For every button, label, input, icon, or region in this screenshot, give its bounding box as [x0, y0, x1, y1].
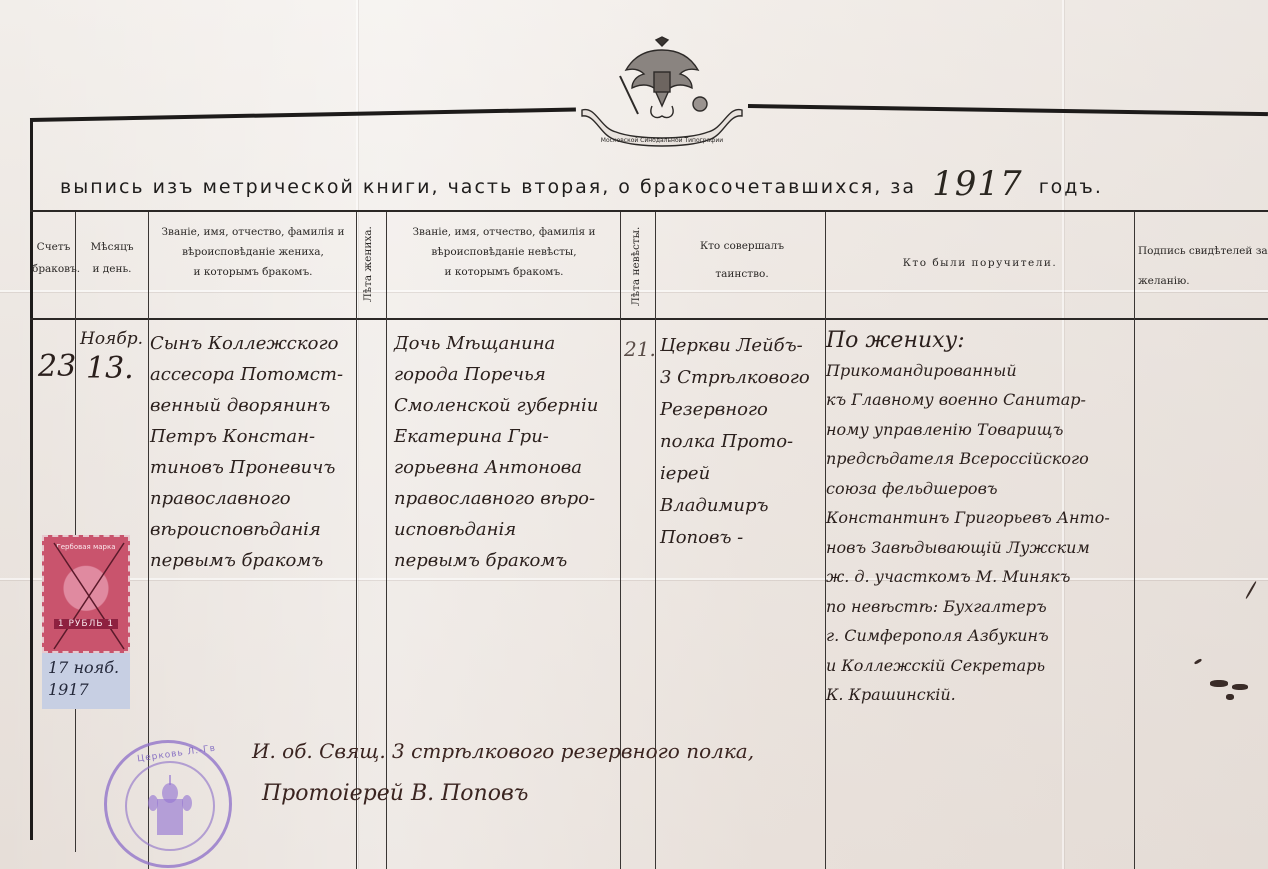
- bride-line: исповѣданія: [394, 514, 598, 545]
- guarantors-line: союза фельдшеровъ: [826, 474, 1110, 504]
- bride-line: горьевна Антонова: [394, 452, 598, 483]
- title-prefix: выпись изъ метрической книги, часть втор…: [60, 176, 916, 198]
- column-divider: [75, 212, 76, 852]
- header-line: Званіе, имя, отчество, фамилія и вѣроисп…: [152, 222, 354, 262]
- column-divider: [620, 212, 621, 869]
- groom-line: ассесора Потомст-: [150, 359, 343, 390]
- officiant-line: Поповъ -: [660, 522, 810, 554]
- bride-details: Дочь Мѣщанина города Поречья Смоленской …: [394, 328, 598, 576]
- header-line: Мѣсяцъ: [76, 236, 148, 258]
- bride-line: православного вѣро-: [394, 483, 598, 514]
- church-icon: [139, 771, 199, 841]
- officiant-details: Церкви Лейбъ- 3 Стрѣлкового Резервного п…: [660, 330, 810, 554]
- column-divider: [1134, 212, 1135, 869]
- groom-line: Петръ Констан-: [150, 421, 343, 452]
- bride-line: Дочь Мѣщанина: [394, 328, 598, 359]
- guarantors-line: г. Симферополя Азбукинъ: [826, 621, 1110, 651]
- column-header-bride: Званіе, имя, отчество, фамилія и вѣроисп…: [390, 222, 618, 282]
- bride-line: первымъ бракомъ: [394, 545, 598, 576]
- revenue-stamp-red: Гербовая марка 1 РУБЛЬ 1: [42, 535, 130, 653]
- header-line: и которымъ бракомъ.: [152, 262, 354, 282]
- guarantors-line: новъ Завѣдывающій Лужским: [826, 533, 1110, 563]
- priest-signature: Протоіерей В. Поповъ: [262, 778, 528, 809]
- title-year: 1917: [932, 164, 1023, 204]
- stamp-value: 1 РУБЛЬ 1: [54, 619, 118, 629]
- officiant-line: полка Прото-: [660, 426, 810, 458]
- frame-border-left: [30, 120, 33, 840]
- bride-line: Смоленской губерніи: [394, 390, 598, 421]
- guarantors-line: Прикомандированный: [826, 356, 1110, 386]
- title-suffix: годъ.: [1039, 176, 1103, 198]
- officiant-line: 3 Стрѣлкового: [660, 362, 810, 394]
- guarantors-line: къ Главному военно Санитар-: [826, 385, 1110, 415]
- header-line: Счетъ: [32, 236, 75, 258]
- officiant-line: Церкви Лейбъ-: [660, 330, 810, 362]
- ink-blot: [1226, 694, 1234, 700]
- church-seal: Церковь Л.-Гв. Стрѣлкового полка: [104, 740, 232, 868]
- header-line: браковъ.: [32, 258, 75, 280]
- groom-line: Сынъ Коллежского: [150, 328, 343, 359]
- groom-line: первымъ бракомъ: [150, 545, 343, 576]
- cancel-date-line: 1917: [48, 679, 130, 701]
- header-line: и которымъ бракомъ.: [390, 262, 618, 282]
- guarantors-line: по невѣстѣ: Бухгалтеръ: [826, 592, 1110, 622]
- groom-line: венный дворянинъ: [150, 390, 343, 421]
- footer-note: И. об. Свящ. 3 стрѣлкового резервного по…: [252, 736, 754, 767]
- column-header-bride-age: Лѣта невѣсты.: [630, 227, 642, 306]
- column-divider: [655, 212, 656, 869]
- guarantors-line: ному управленію Товарищъ: [826, 415, 1110, 445]
- column-header-num: Счетъ браковъ.: [32, 236, 75, 280]
- ink-blot: [1210, 680, 1228, 687]
- bride-line: города Поречья: [394, 359, 598, 390]
- groom-line: тиновъ Проневичъ: [150, 452, 343, 483]
- guarantors-line: предсѣдателя Всероссійского: [826, 444, 1110, 474]
- bride-line: Екатерина Гри-: [394, 421, 598, 452]
- column-header-groom: Званіе, имя, отчество, фамилія и вѣроисп…: [152, 222, 354, 282]
- groom-line: православного: [150, 483, 343, 514]
- guarantors-line: ж. д. участкомъ М. Минякъ: [826, 562, 1110, 592]
- groom-details: Сынъ Коллежского ассесора Потомст- венны…: [150, 328, 343, 576]
- double-headed-eagle-icon: Московской Синодальной Типографии: [576, 36, 748, 154]
- header-line: Кто совершалъ: [660, 232, 824, 260]
- entry-number: 23: [38, 350, 76, 384]
- ink-blot: [1232, 684, 1248, 690]
- guarantors-details: По жениху: Прикомандированный къ Главном…: [826, 326, 1110, 710]
- column-header-guarantors: Кто были поручители.: [830, 252, 1130, 274]
- header-line: таинство.: [660, 260, 824, 288]
- svg-text:Московской Синодальной Типогра: Московской Синодальной Типографии: [601, 137, 723, 144]
- revenue-stamp: Гербовая марка 1 РУБЛЬ 1 17 нояб. 1917: [42, 535, 130, 710]
- column-header-officiant: Кто совершалъ таинство.: [660, 232, 824, 288]
- column-header-signatures: Подпись свидѣтелей записи по желанію.: [1138, 236, 1268, 296]
- guarantors-line: К. Крашинскій.: [826, 680, 1110, 710]
- table-rule-top: [30, 210, 1268, 212]
- guarantors-line: По жениху:: [826, 326, 1110, 356]
- table-header-rule: [30, 318, 1268, 320]
- cancel-date-line: 17 нояб.: [48, 657, 130, 679]
- cancel-cross-icon: [44, 537, 128, 651]
- column-header-groom-age: Лѣта жениха.: [362, 226, 374, 302]
- stamp-cancel-date: 17 нояб. 1917: [42, 653, 130, 709]
- column-divider: [386, 212, 387, 869]
- document-title: выпись изъ метрической книги, часть втор…: [60, 162, 1260, 202]
- header-line: Званіе, имя, отчество, фамилія и вѣроисп…: [390, 222, 618, 262]
- column-header-date: Мѣсяцъ и день.: [76, 236, 148, 280]
- column-divider: [356, 212, 357, 869]
- header-line: и день.: [76, 258, 148, 280]
- officiant-line: Резервного: [660, 394, 810, 426]
- officiant-line: іерей: [660, 458, 810, 490]
- bride-age: 21.: [624, 334, 656, 365]
- guarantors-line: Константинъ Григорьевъ Анто-: [826, 503, 1110, 533]
- entry-day: 13.: [86, 352, 134, 386]
- guarantors-line: и Коллежскій Секретарь: [826, 651, 1110, 681]
- groom-line: вѣроисповѣданія: [150, 514, 343, 545]
- officiant-line: Владимиръ: [660, 490, 810, 522]
